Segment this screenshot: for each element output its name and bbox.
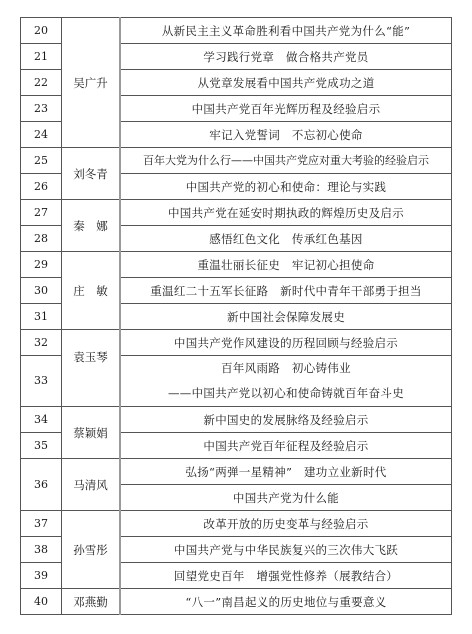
table-row: 40 邓燕勤 “八一”南昌起义的历史地位与重要意义 xyxy=(21,589,452,615)
speaker-name: 吴广升 xyxy=(62,18,121,148)
lecture-topic: 中国共产党百年征程及经验启示 xyxy=(120,433,452,459)
lecture-topic: 中国共产党为什么能 xyxy=(120,485,452,511)
row-number: 25 xyxy=(21,148,62,174)
table-row: 29 庄 敏 重温壮丽长征史 牢记初心担使命 xyxy=(21,252,452,278)
table-row: 36 马清风 弘扬“两弹一星精神” 建功立业新时代 xyxy=(21,459,452,485)
row-number: 38 xyxy=(21,537,62,563)
lecture-topic: 感悟红色文化 传承红色基因 xyxy=(120,226,452,252)
row-number: 33 xyxy=(21,356,62,407)
lecture-table: 20 吴广升 从新民主主义革命胜利看中国共产党为什么“能” 21 学习践行党章 … xyxy=(20,17,452,615)
lecture-topic: 新中国社会保障发展史 xyxy=(120,304,452,330)
lecture-topic: 重温红二十五军长征路 新时代中青年干部勇于担当 xyxy=(120,278,452,304)
lecture-topic: 从党章发展看中国共产党成功之道 xyxy=(120,70,452,96)
table-row: 25 刘冬青 百年大党为什么行——中国共产党应对重大考验的经验启示 xyxy=(21,148,452,174)
lecture-topic: 从新民主主义革命胜利看中国共产党为什么“能” xyxy=(120,18,452,44)
row-number: 39 xyxy=(21,563,62,589)
speaker-name: 蔡颖娟 xyxy=(62,407,121,459)
table-row: 32 袁玉琴 中国共产党作风建设的历程回顾与经验启示 xyxy=(21,330,452,356)
speaker-name: 马清风 xyxy=(62,459,121,511)
lecture-topic-line: ——中国共产党以初心和使命铸就百年奋斗史 xyxy=(121,381,451,406)
lecture-topic-line: 百年风雨路 初心铸伟业 xyxy=(121,356,451,381)
speaker-name: 袁玉琴 xyxy=(62,330,121,407)
row-number: 27 xyxy=(21,200,62,226)
lecture-topic: 弘扬“两弹一星精神” 建功立业新时代 xyxy=(120,459,452,485)
lecture-topic: 百年大党为什么行——中国共产党应对重大考验的经验启示 xyxy=(120,148,452,174)
lecture-topic: “八一”南昌起义的历史地位与重要意义 xyxy=(120,589,452,615)
lecture-topic: 中国共产党作风建设的历程回顾与经验启示 xyxy=(120,330,452,356)
speaker-name: 孙雪彤 xyxy=(62,511,121,589)
lecture-topic-multiline: 百年风雨路 初心铸伟业 ——中国共产党以初心和使命铸就百年奋斗史 xyxy=(120,356,452,407)
row-number: 32 xyxy=(21,330,62,356)
row-number: 35 xyxy=(21,433,62,459)
lecture-topic: 中国共产党与中华民族复兴的三次伟大飞跃 xyxy=(120,537,452,563)
speaker-name: 秦 娜 xyxy=(62,200,121,252)
lecture-topic: 中国共产党的初心和使命：理论与实践 xyxy=(120,174,452,200)
row-number: 24 xyxy=(21,122,62,148)
row-number: 31 xyxy=(21,304,62,330)
row-number: 36 xyxy=(21,459,62,511)
speaker-name: 刘冬青 xyxy=(62,148,121,200)
lecture-topic: 中国共产党在延安时期执政的辉煌历史及启示 xyxy=(120,200,452,226)
row-number: 30 xyxy=(21,278,62,304)
lecture-topic: 牢记入党誓词 不忘初心使命 xyxy=(120,122,452,148)
row-number: 28 xyxy=(21,226,62,252)
table-row: 27 秦 娜 中国共产党在延安时期执政的辉煌历史及启示 xyxy=(21,200,452,226)
row-number: 29 xyxy=(21,252,62,278)
speaker-name: 邓燕勤 xyxy=(62,589,121,615)
row-number: 40 xyxy=(21,589,62,615)
lecture-topic: 中国共产党百年光辉历程及经验启示 xyxy=(120,96,452,122)
lecture-topic: 重温壮丽长征史 牢记初心担使命 xyxy=(120,252,452,278)
lecture-topic: 新中国史的发展脉络及经验启示 xyxy=(120,407,452,433)
row-number: 37 xyxy=(21,511,62,537)
lecture-topic: 学习践行党章 做合格共产党员 xyxy=(120,44,452,70)
row-number: 22 xyxy=(21,70,62,96)
table-row: 34 蔡颖娟 新中国史的发展脉络及经验启示 xyxy=(21,407,452,433)
row-number: 26 xyxy=(21,174,62,200)
table-row: 20 吴广升 从新民主主义革命胜利看中国共产党为什么“能” xyxy=(21,18,452,44)
lecture-topic: 回望党史百年 增强党性修养（展教结合） xyxy=(120,563,452,589)
row-number: 21 xyxy=(21,44,62,70)
row-number: 23 xyxy=(21,96,62,122)
row-number: 34 xyxy=(21,407,62,433)
row-number: 20 xyxy=(21,18,62,44)
speaker-name: 庄 敏 xyxy=(62,252,121,330)
lecture-topic: 改革开放的历史变革与经验启示 xyxy=(120,511,452,537)
table-row: 37 孙雪彤 改革开放的历史变革与经验启示 xyxy=(21,511,452,537)
